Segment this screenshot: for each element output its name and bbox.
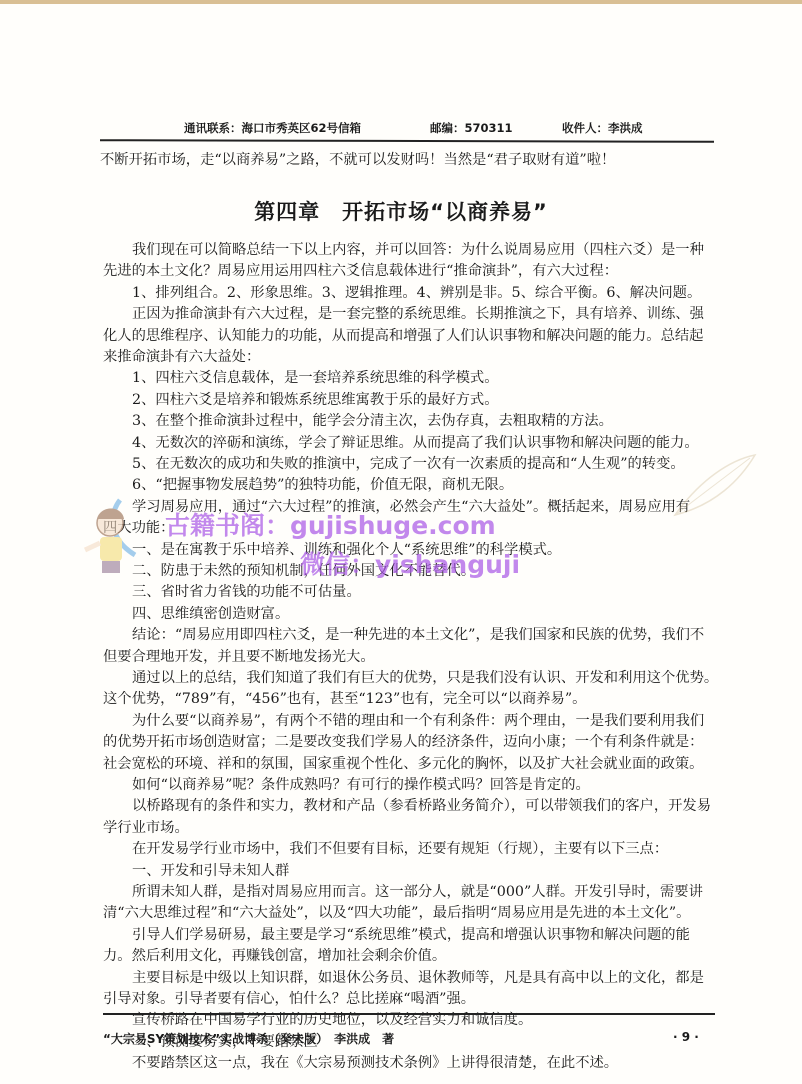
text-line: 引导人们学易研易，最主要是学习“系统思维”模式，提高和增强认识事物和解决问题的能	[132, 925, 690, 946]
text-line: 为什么要“以商养易”，有两个不错的理由和一个有利条件：两个理由，一是我们要利用我…	[132, 711, 704, 732]
text-line: 引导对象。引导者要有信心，怕什么？总比搓麻“喝酒”强。	[103, 989, 475, 1010]
text-line: 通过以上的总结，我们知道了我们有巨大的优势，只是我们没有认识、开发和利用这个优势…	[132, 668, 718, 689]
text-line: 先进的本土文化？周易应用运用四柱六爻信息载体进行“推命演卦”，有六大过程：	[103, 261, 618, 282]
footer-divider	[103, 1013, 715, 1015]
text-line: 社会宽松的环境、祥和的氛围，国家重视个性化、多元化的胸怀，以及扩大社会就业面的政…	[103, 754, 703, 775]
text-line: 主要目标是中级以上知识群，如退休公务员、退休教师等，凡是具有高中以上的文化，都是	[132, 968, 704, 989]
text-line: 结论：“周易应用即四柱六爻，是一种先进的本土文化”，是我们国家和民族的优势，我们…	[132, 625, 704, 646]
text-line: 但要合理地开发，并且要不断地发扬光大。	[103, 647, 375, 668]
text-line: 化人的思维程序、认知能力的功能，从而提高和增强了人们认识事物和解决问题的能力。总…	[103, 326, 703, 347]
cartoon-child-watermark-icon	[80, 495, 150, 575]
text-line: 2、四柱六爻是培养和锻炼系统思维寓教于乐的最好方式。	[132, 390, 499, 411]
text-line: 学行业市场。	[103, 818, 189, 839]
text-line: 我们现在可以简略总结一下以上内容，并可以回答：为什么说周易应用（四柱六爻）是一种	[132, 240, 704, 261]
page-header: 通讯联系：海口市秀英区62号信箱 邮编：570311 收件人：李洪成	[100, 120, 714, 138]
text-line: 4、无数次的淬砺和演练，学会了辩证思维。从而提高了我们认识事物和解决问题的能力。	[132, 433, 699, 454]
text-line: 1、排列组合。2、形象思维。3、逻辑推理。4、辨别是非。5、综合平衡。6、解决问…	[132, 283, 701, 304]
intro-line: 不断开拓市场，走“以商养易”之路，不就可以发财吗！当然是“君子取财有道”啦！	[100, 150, 615, 171]
text-line: 所谓未知人群，是指对周易应用而言。这一部分人，就是“000”人群。开发引导时，需…	[132, 882, 703, 903]
text-line: 一、是在寓教于乐中培养、训练和强化个人“系统思维”的科学模式。	[132, 540, 561, 561]
text-line: 以桥路现有的条件和实力，教材和产品（参看桥路业务简介），可以带领我们的客户，开发…	[132, 796, 711, 817]
text-line: 学习周易应用，通过“六大过程”的推演，必然会产生“六大益处”。概括起来，周易应用…	[132, 497, 690, 518]
header-divider	[100, 139, 714, 143]
text-line: 一、开发和引导未知人群	[132, 861, 289, 882]
text-line: 的优势开拓市场创造财富；二是要改变我们学易人的经济条件，迈向小康；一个有利条件就…	[103, 732, 703, 753]
text-line: 如何“以商养易”呢？条件成熟吗？有可行的操作模式吗？回答是肯定的。	[132, 775, 590, 796]
text-line: 来推命演卦有六大益处：	[103, 347, 260, 368]
header-postcode: 邮编：570311	[430, 120, 513, 136]
text-line: 5、在无数次的成功和失败的推演中，完成了一次有一次素质的提高和“人生观”的转变。	[132, 454, 685, 475]
page-number: · 9 ·	[673, 1030, 699, 1044]
header-recipient: 收件人：李洪成	[562, 120, 643, 136]
text-line: 1、四柱六爻信息载体，是一套培养系统思维的科学模式。	[132, 368, 499, 389]
text-line: 这个优势，“789”有，“456”也有，甚至“123”也有，完全可以“以商养易”…	[103, 689, 586, 710]
text-line: 三、省时省力省钱的功能不可估量。	[132, 582, 361, 603]
text-line: 正因为推命演卦有六大过程，是一套完整的系统思维。长期推演之下，具有培养、训练、强	[132, 304, 704, 325]
text-line: 3、在整个推命演卦过程中，能学会分清主次，去伪存真，去粗取精的方法。	[132, 411, 613, 432]
text-line: 力。然后利用文化，再赚钱创富，增加社会剩余价值。	[103, 946, 446, 967]
text-line: 清“六大思维过程”和“六大益处”，以及“四大功能”，最后指明“周易应用是先进的本…	[103, 903, 690, 924]
text-line: 不要踏禁区这一点，我在《大宗易预测技术条例》上讲得很清楚，在此不述。	[132, 1053, 618, 1074]
page-top-band	[0, 0, 802, 4]
header-contact: 通讯联系：海口市秀英区62号信箱	[184, 120, 361, 136]
text-line: 四、思维缜密创造财富。	[132, 604, 289, 625]
text-line: 6、“把握事物发展趋势”的独特功能，价值无限，商机无限。	[132, 475, 513, 496]
chapter-title: 第四章 开拓市场“以商养易”	[0, 196, 802, 226]
text-line: 二、防患于未然的预知机制，任何外国文化不能替代。	[132, 561, 475, 582]
leaf-watermark-icon	[670, 450, 760, 520]
text-line: 在开发易学行业市场中，我们不但要有目标，还要有规矩（行规），主要有以下三点：	[132, 839, 668, 860]
footer-book-title: “大宗易SY策划技术”实战博杀（癸未版） 李洪成 著	[103, 1030, 394, 1047]
